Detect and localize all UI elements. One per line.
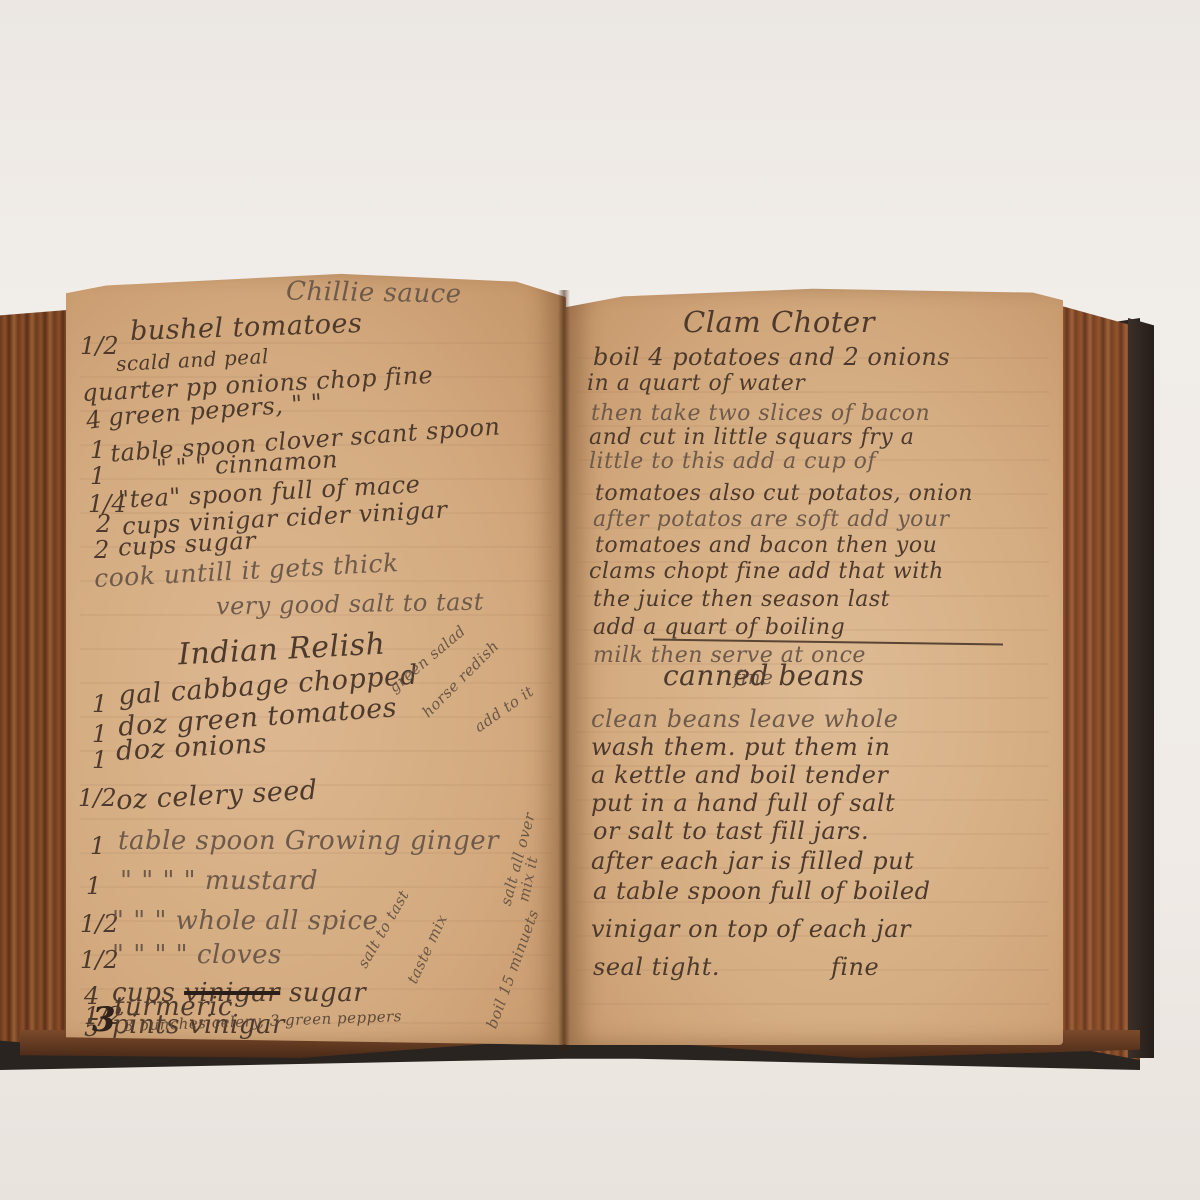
qty: 1 [90,462,105,490]
qty: 1/2 [78,784,117,812]
recipe-line-text: sugar [289,978,366,1008]
right-page: Clam Choter boil 4 potatoes and 2 onions… [563,285,1063,1045]
recipe-title-chillie-sauce: Chillie sauce [286,276,462,309]
recipe-line: a kettle and boil tender [591,761,888,789]
recipe-title-canned-beans: canned beans [663,659,864,692]
recipe-line: then take two slices of bacon [591,401,930,426]
recipe-line: the juice then season last [593,587,890,612]
recipe-line: in a quart of water [587,371,805,396]
recipe-verdict: fine [831,953,879,981]
recipe-line: " " " " cloves [112,940,282,970]
right-page-edges [1058,305,1140,1060]
recipe-line: after potatos are soft add your [593,507,950,532]
recipe-line: tomatoes and bacon then you [595,533,937,558]
photo-scene: Chillie sauce 1/2 bushel tomatoes scald … [0,0,1200,1200]
qty: 2 [94,536,109,564]
book-back-cover [1128,318,1154,1058]
recipe-line: wash them. put them in [591,733,891,761]
qty: 1 [92,746,107,774]
recipe-line: clean beans leave whole [591,705,898,733]
recipe-line: tomatoes also cut potatos, onion [595,481,973,506]
recipe-line: boil 4 potatoes and 2 onions [593,343,950,371]
recipe-line: and cut in little squars fry a [589,425,914,450]
recipe-line: vinigar on top of each jar [591,915,911,943]
recipe-line: " " " whole all spice [112,906,378,936]
recipe-line: seal tight. [593,953,720,981]
qty: 1 [90,832,105,860]
qty: 1 [92,720,107,748]
qty: 2 [96,510,111,538]
qty: 1 [90,436,105,464]
book-gutter [558,290,570,1050]
recipe-line: very good salt to tast [216,588,484,621]
recipe-title-clam-chowder: Clam Choter [683,305,875,339]
recipe-line: little to this add a cup of [589,449,876,474]
recipe-line: add a quart of boiling [593,615,845,640]
recipe-line: after each jar is filled put [591,847,914,875]
recipe-line: table spoon Growing ginger [118,826,499,856]
qty: 1 [92,690,107,718]
footer-mark: 3 [92,1000,116,1040]
recipe-line: or salt to tast fill jars. [593,817,869,845]
recipe-line: clams chopt fine add that with [589,559,944,584]
recipe-line: a table spoon full of boiled [593,877,930,905]
qty: 1 [86,872,101,900]
recipe-line: put in a hand full of salt [591,789,895,817]
qty: 1/2 [80,332,119,360]
recipe-line: " " " " mustard [120,866,318,896]
